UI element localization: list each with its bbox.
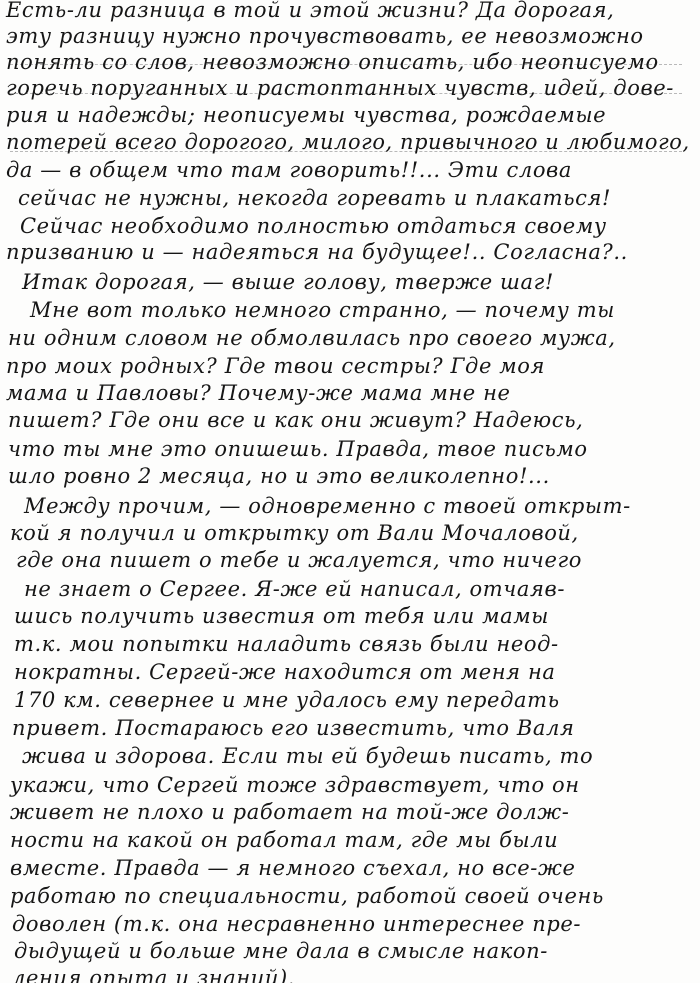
text-line: Сейчас необходимо полностью отдаться сво…	[20, 214, 607, 238]
text-line: привет. Постараюсь его известить, что Ва…	[12, 716, 574, 740]
text-line: Есть-ли разница в той и этой жизни? Да д…	[6, 0, 614, 22]
text-line: шись получить известия от тебя или мамы	[14, 604, 549, 628]
text-line: горечь поруганных и растоптанных чувств,…	[6, 76, 674, 100]
text-line: ни одним словом не обмолвилась про своег…	[8, 326, 616, 350]
text-line: про моих родных? Где твои сестры? Где мо…	[6, 354, 545, 378]
text-line: сейчас не нужны, некогда горевать и плак…	[18, 186, 611, 210]
text-line: т.к. мои попытки наладить связь были нео…	[14, 632, 559, 656]
text-line: не знает о Сергее. Я-же ей написал, отча…	[24, 577, 565, 601]
text-line: укажи, что Сергей тоже здравствует, что …	[10, 773, 580, 797]
text-line: кой я получил и открытку от Вали Мочалов…	[10, 521, 579, 545]
text-line: потерей всего дорогого, милого, привычно…	[6, 130, 690, 154]
text-line: Мне вот только немного странно, — почему…	[30, 298, 615, 322]
text-line: ления опыта и знаний).	[12, 966, 295, 983]
letter-page: Есть-ли разница в той и этой жизни? Да д…	[0, 0, 700, 983]
text-line: дыдущей и больше мне дала в смысле накоп…	[14, 939, 548, 963]
text-line: призванию и — надеяться на будущее!.. Со…	[6, 240, 628, 264]
text-line: доволен (т.к. она несравненно интереснее…	[12, 912, 581, 936]
text-line: что ты мне это опишешь. Правда, твое пис…	[8, 437, 588, 461]
text-line: где она пишет о тебе и жалуется, что нич…	[16, 548, 582, 572]
text-line: пишет? Где они все и как они живут? Наде…	[8, 408, 583, 432]
text-line: мама и Павловы? Почему-же мама мне не	[6, 381, 511, 405]
text-line: шло ровно 2 месяца, но и это великолепно…	[8, 464, 550, 488]
text-line: нократны. Сергей-же находится от меня на	[14, 660, 556, 684]
text-line: живет не плохо и работает на той-же долж…	[10, 800, 569, 824]
text-line: Между прочим, — одновременно с твоей отк…	[24, 494, 631, 518]
text-line: вместе. Правда — я немного съехал, но вс…	[10, 856, 575, 880]
text-line: 170 км. севернее и мне удалось ему перед…	[14, 688, 560, 712]
text-line: Итак дорогая, — выше голову, тверже шаг!	[22, 270, 554, 294]
text-line: работаю по специальности, работой своей …	[10, 884, 604, 908]
text-line: эту разницу нужно прочувствовать, ее нев…	[6, 24, 644, 48]
text-line: ности на какой он работал там, где мы бы…	[10, 828, 558, 852]
text-line: рия и надежды; неописуемы чувства, рожда…	[6, 103, 606, 127]
text-line: понять со слов, невозможно описать, ибо …	[6, 50, 659, 74]
text-line: жива и здорова. Если ты ей будешь писать…	[22, 744, 593, 768]
text-line: да — в общем что там говорить!!... Эти с…	[6, 158, 572, 182]
